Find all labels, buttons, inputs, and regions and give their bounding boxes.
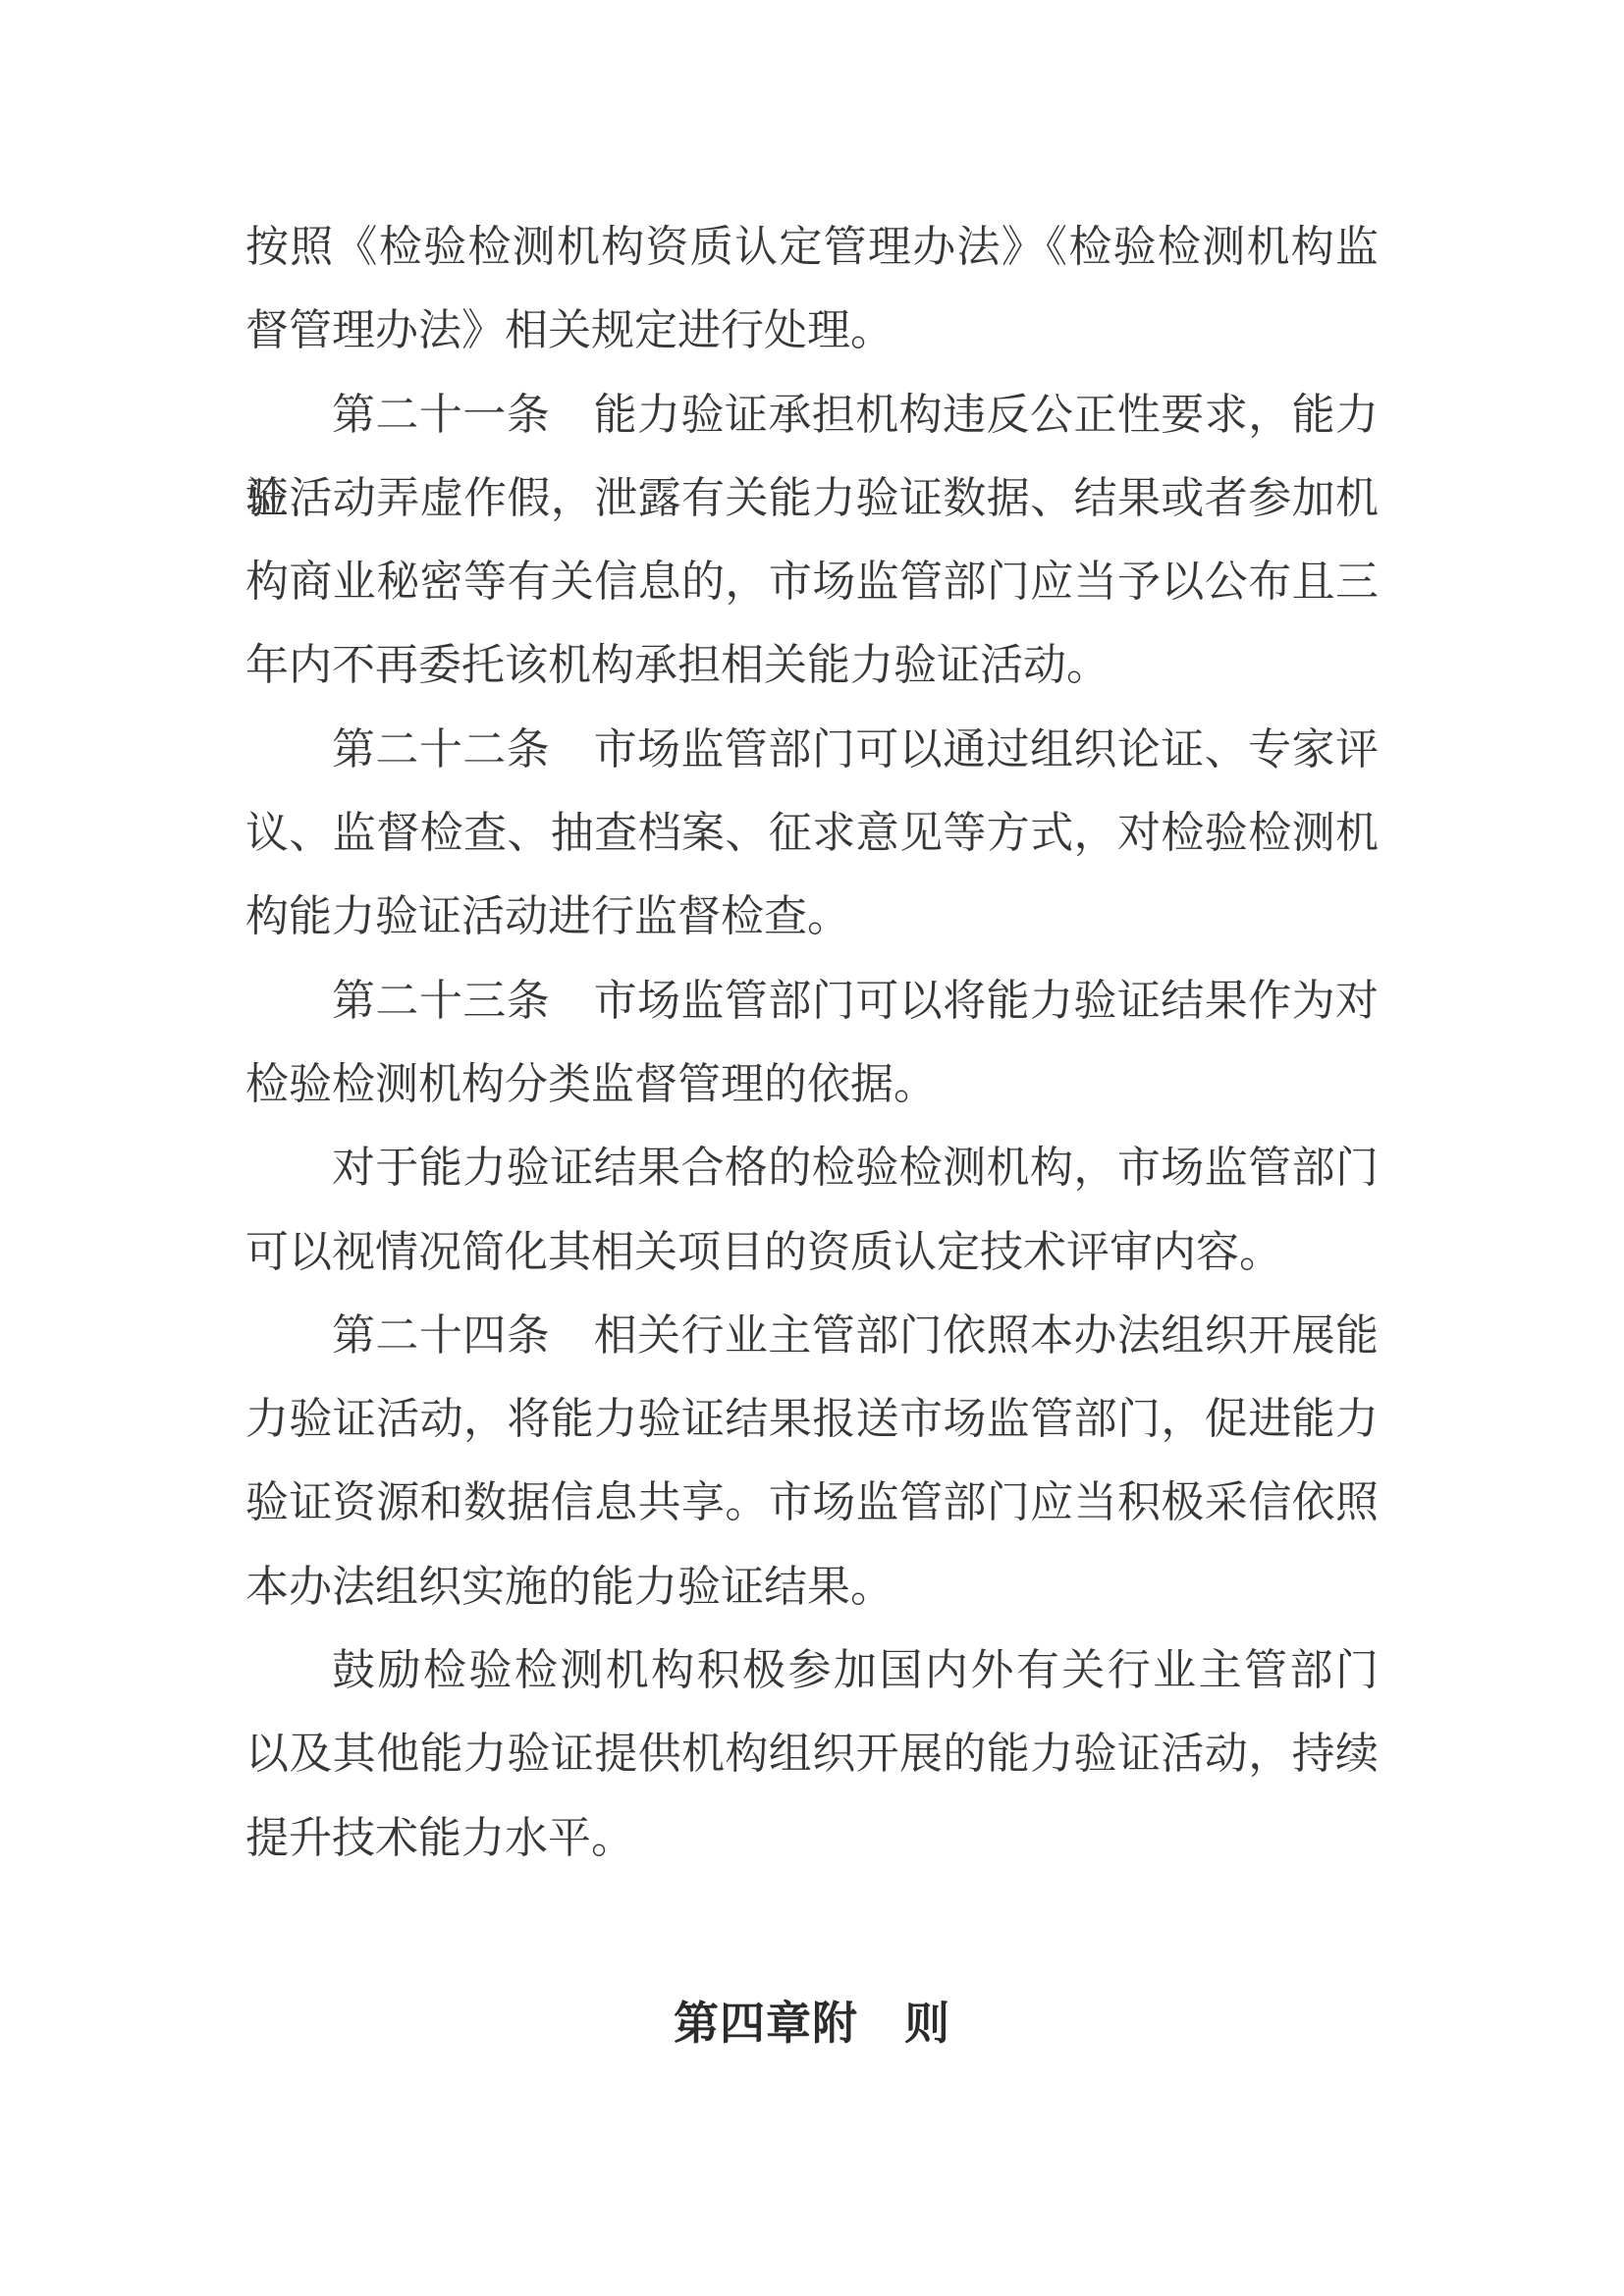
body-line-6: 年内不再委托该机构承担相关能力验证活动。 — [245, 623, 1379, 707]
body-line-8: 议、监督检查、抽查档案、征求意见等方式，对检验检测机 — [245, 791, 1379, 875]
body-line-15: 力验证活动，将能力验证结果报送市场监管部门，促进能力 — [245, 1377, 1379, 1461]
body-line-4: 证活动弄虚作假，泄露有关能力验证数据、结果或者参加机 — [245, 456, 1379, 540]
body-line-19: 以及其他能力验证提供机构组织开展的能力验证活动，持续 — [245, 1712, 1379, 1795]
article-22-line: 第二十二条 市场监管部门可以通过组织论证、专家评 — [245, 708, 1379, 791]
body-line-5: 构商业秘密等有关信息的，市场监管部门应当予以公布且三 — [245, 540, 1379, 623]
chapter-4-heading: 第四章附 则 — [245, 1982, 1379, 2065]
body-line-18: 鼓励检验检测机构积极参加国内外有关行业主管部门 — [245, 1629, 1379, 1712]
body-line-2: 督管理办法》相关规定进行处理。 — [245, 289, 1379, 372]
article-23-line: 第二十三条 市场监管部门可以将能力验证结果作为对 — [245, 959, 1379, 1042]
body-line-11: 检验检测机构分类监督管理的依据。 — [245, 1042, 1379, 1126]
body-line-16: 验证资源和数据信息共享。市场监管部门应当积极采信依照 — [245, 1461, 1379, 1544]
text-column: 按照《检验检测机构资质认定管理办法》《检验检测机构监 督管理办法》相关规定进行处… — [245, 0, 1379, 2065]
body-line-20: 提升技术能力水平。 — [245, 1796, 1379, 1880]
body-line-13: 可以视情况简化其相关项目的资质认定技术评审内容。 — [245, 1210, 1379, 1294]
document-page: 按照《检验检测机构资质认定管理办法》《检验检测机构监 督管理办法》相关规定进行处… — [0, 0, 1624, 2296]
article-24-line: 第二十四条 相关行业主管部门依照本办法组织开展能 — [245, 1294, 1379, 1377]
article-21-line: 第二十一条 能力验证承担机构违反公正性要求，能力验 — [245, 373, 1379, 456]
body-line-12: 对于能力验证结果合格的检验检测机构，市场监管部门 — [245, 1126, 1379, 1209]
body-line-1: 按照《检验检测机构资质认定管理办法》《检验检测机构监 — [245, 205, 1379, 289]
body-line-17: 本办法组织实施的能力验证结果。 — [245, 1545, 1379, 1629]
body-line-9: 构能力验证活动进行监督检查。 — [245, 875, 1379, 958]
